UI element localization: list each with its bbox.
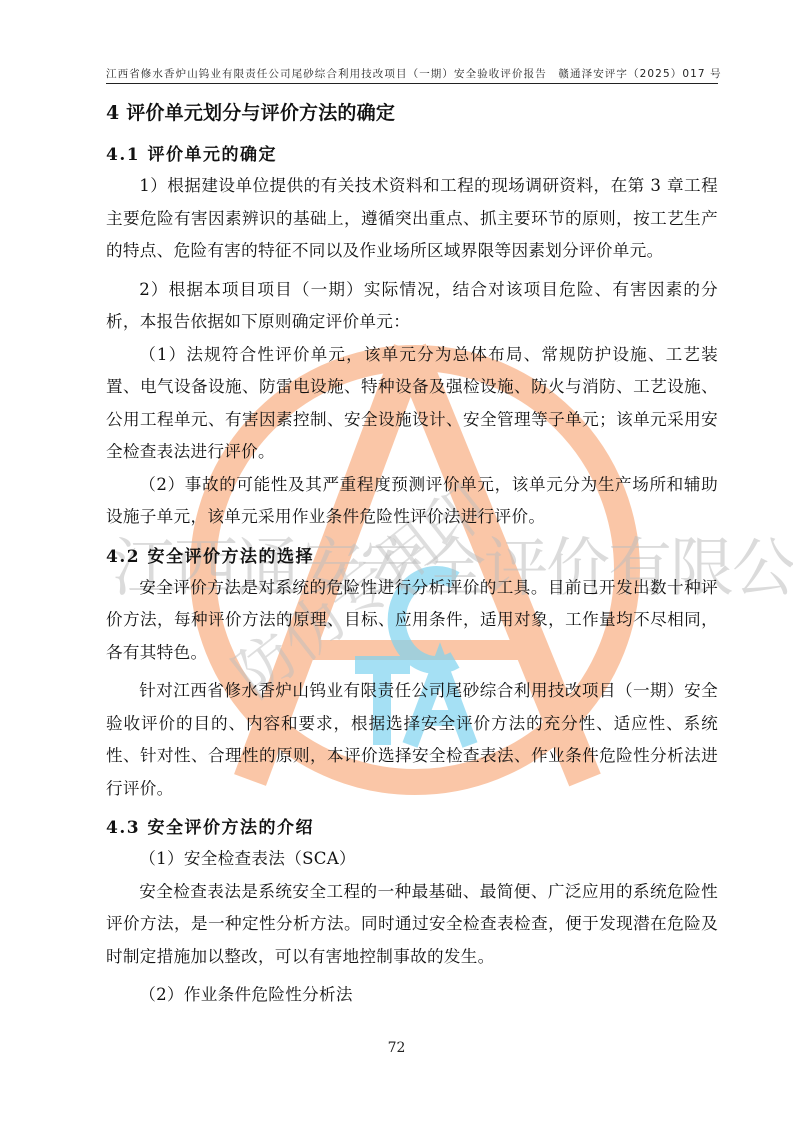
page-content: 4 评价单元划分与评价方法的确定 4.1 评价单元的确定 1）根据建设单位提供的…	[106, 98, 718, 1012]
section-title-4-3: 4.3 安全评价方法的介绍	[106, 813, 718, 843]
running-header: 江西省修水香炉山钨业有限责任公司尾砂综合利用技改项目（一期）安全验收评价报告 赣…	[106, 66, 718, 81]
paragraph: （2）事故的可能性及其严重程度预测评价单元，该单元分为生产场所和辅助设施子单元，…	[106, 469, 718, 534]
section-title-4-1: 4.1 评价单元的确定	[106, 140, 718, 170]
chapter-title: 4 评价单元划分与评价方法的确定	[106, 98, 718, 128]
header-divider	[106, 83, 718, 84]
method-item-title: （1）安全检查表法（SCA）	[106, 843, 718, 876]
paragraph: （1）法规符合性评价单元，该单元分为总体布局、常规防护设施、工艺装置、电气设备设…	[106, 339, 718, 469]
paragraph: 2）根据本项目项目（一期）实际情况，结合对该项目危险、有害因素的分析，本报告依据…	[106, 274, 718, 339]
paragraph: 针对江西省修水香炉山钨业有限责任公司尾砂综合利用技改项目（一期）安全验收评价的目…	[106, 675, 718, 805]
section-title-4-2: 4.2 安全评价方法的选择	[106, 542, 718, 572]
page-number: 72	[0, 1040, 793, 1056]
paragraph: 安全评价方法是对系统的危险性进行分析评价的工具。目前已开发出数十种评价方法，每种…	[106, 572, 718, 670]
paragraph: 安全检查表法是系统安全工程的一种最基础、最简便、广泛应用的系统危险性评价方法，是…	[106, 876, 718, 974]
paragraph: 1）根据建设单位提供的有关技术资料和工程的现场调研资料，在第 3 章工程主要危险…	[106, 170, 718, 268]
method-item-title: （2）作业条件危险性分析法	[106, 979, 718, 1012]
document-page: 江西通安安全评价有限公司 防伪专用印 江西省修水香炉山钨业有限责任公司尾砂综合利…	[0, 0, 793, 1122]
